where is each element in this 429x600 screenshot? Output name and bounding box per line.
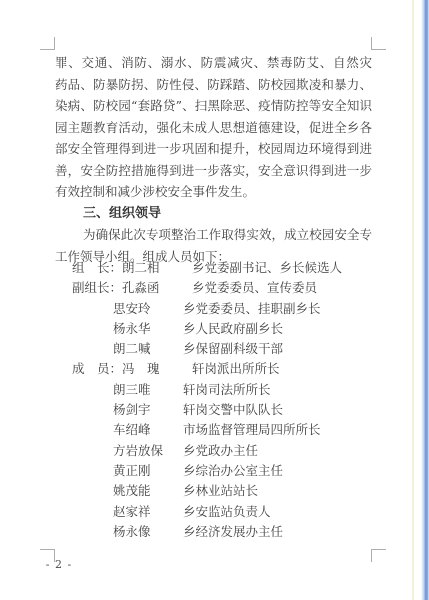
margin-mark-top-right (371, 37, 386, 50)
roster-role-label: 成 员： (55, 359, 122, 379)
roster-person-name: 赵家祥 (113, 502, 183, 522)
body-text-line: 染病、防校园“套路贷”、扫黑除恶、疫情防控等安全知识进校 (55, 95, 372, 117)
roster-person-title: 轩岗派出所所长 (192, 359, 372, 379)
roster-person-name: 孔淼函 (122, 278, 192, 298)
roster-person-name: 杨剑宇 (113, 400, 183, 420)
section-heading-organization-leadership: 三、组织领导 (55, 203, 372, 225)
body-text-line: 罪、交通、消防、溺水、防震减灾、禁毒防艾、自然灾害、食品 (55, 52, 372, 74)
roster-row: 车绍峰 市场监督管理局四所所长 (55, 420, 372, 440)
body-text-line: 有效控制和减少涉校安全事件发生。 (55, 181, 372, 203)
roster-row: 杨永华 乡人民政府副乡长 (55, 319, 372, 339)
paragraph-safety-education: 罪、交通、消防、溺水、防震减灾、禁毒防艾、自然灾害、食品 药品、防暴防拐、防性侵… (55, 52, 372, 203)
roster-role-label (55, 420, 113, 440)
roster-role-label (55, 380, 113, 400)
roster-row: 朗二喊 乡保留副科级干部 (55, 339, 372, 359)
body-text-line: 药品、防暴防拐、防性侵、防踩踏、防校园欺凌和暴力、防控传 (55, 74, 372, 96)
leading-group-roster: 组 长： 朗二相 乡党委副书记、乡长候选人 副组长： 孔淼函 乡党委委员、宣传委… (55, 258, 372, 542)
roster-person-name: 姚茂能 (113, 481, 183, 501)
roster-person-name: 朗二相 (122, 258, 192, 278)
roster-row: 黄正刚 乡综治办公室主任 (55, 461, 372, 481)
roster-row: 组 长： 朗二相 乡党委副书记、乡长候选人 (55, 258, 372, 278)
roster-person-title: 轩岗交警中队队长 (183, 400, 372, 420)
roster-person-title: 乡党委副书记、乡长候选人 (192, 258, 372, 278)
roster-person-title: 乡安监站负责人 (183, 502, 372, 522)
body-text-line: 部安全管理得到进一步巩固和提升，校园周边环境得到进一步改 (55, 138, 372, 160)
roster-role-label (55, 319, 113, 339)
roster-person-name: 冯 瑰 (122, 359, 192, 379)
roster-row: 方岩放保 乡党政办主任 (55, 441, 372, 461)
roster-person-title: 乡党委委员、挂职副乡长 (183, 299, 372, 319)
body-text-line: 善，安全防控措施得到进一步落实，安全意识得到进一步增强， (55, 160, 372, 182)
roster-person-title: 乡经济发展办主任 (183, 522, 372, 542)
roster-person-title: 乡党委委员、宣传委员 (192, 278, 372, 298)
roster-row: 副组长： 孔淼函 乡党委委员、宣传委员 (55, 278, 372, 298)
roster-person-title: 乡人民政府副乡长 (183, 319, 372, 339)
roster-role-label (55, 400, 113, 420)
page-right-edge-line (412, 0, 414, 600)
roster-role-label (55, 502, 113, 522)
roster-person-name: 杨永华 (113, 319, 183, 339)
roster-role-label (55, 461, 113, 481)
roster-person-title: 乡保留副科级干部 (183, 339, 372, 359)
roster-person-title: 轩岗司法所所长 (183, 380, 372, 400)
roster-person-name: 黄正刚 (113, 461, 183, 481)
roster-person-name: 车绍峰 (113, 420, 183, 440)
roster-person-title: 乡林业站站长 (183, 481, 372, 501)
roster-row: 杨剑宇 轩岗交警中队队长 (55, 400, 372, 420)
roster-person-name: 朗三唯 (113, 380, 183, 400)
document-body: 罪、交通、消防、溺水、防震减灾、禁毒防艾、自然灾害、食品 药品、防暴防拐、防性侵… (55, 52, 372, 267)
roster-role-label: 副组长： (55, 278, 122, 298)
roster-role-label (55, 339, 113, 359)
roster-row: 思安玲 乡党委委员、挂职副乡长 (55, 299, 372, 319)
roster-role-label (55, 441, 113, 461)
roster-person-title: 市场监督管理局四所所长 (183, 420, 372, 440)
body-text-line: 为确保此次专项整治工作取得实效，成立校园安全专项整治 (55, 224, 372, 246)
body-text-line: 园主题教育活动，强化未成人思想道德建设，促进全乡各学校内 (55, 117, 372, 139)
roster-role-label (55, 299, 113, 319)
roster-person-name: 方岩放保 (113, 441, 183, 461)
margin-mark-top-left (40, 37, 55, 50)
page-number: - 2 - (42, 558, 76, 571)
roster-role-label (55, 522, 113, 542)
roster-row: 朗三唯 轩岗司法所所长 (55, 380, 372, 400)
roster-row: 赵家祥 乡安监站负责人 (55, 502, 372, 522)
roster-person-name: 杨永像 (113, 522, 183, 542)
roster-role-label: 组 长： (55, 258, 122, 278)
roster-person-title: 乡党政办主任 (183, 441, 372, 461)
margin-mark-bottom-right (371, 549, 386, 562)
roster-row: 姚茂能 乡林业站站长 (55, 481, 372, 501)
window-border-right (421, 0, 429, 600)
roster-person-name: 思安玲 (113, 299, 183, 319)
roster-role-label (55, 481, 113, 501)
roster-person-name: 朗二喊 (113, 339, 183, 359)
roster-person-title: 乡综治办公室主任 (183, 461, 372, 481)
roster-row: 杨永像 乡经济发展办主任 (55, 522, 372, 542)
roster-row: 成 员： 冯 瑰 轩岗派出所所长 (55, 359, 372, 379)
